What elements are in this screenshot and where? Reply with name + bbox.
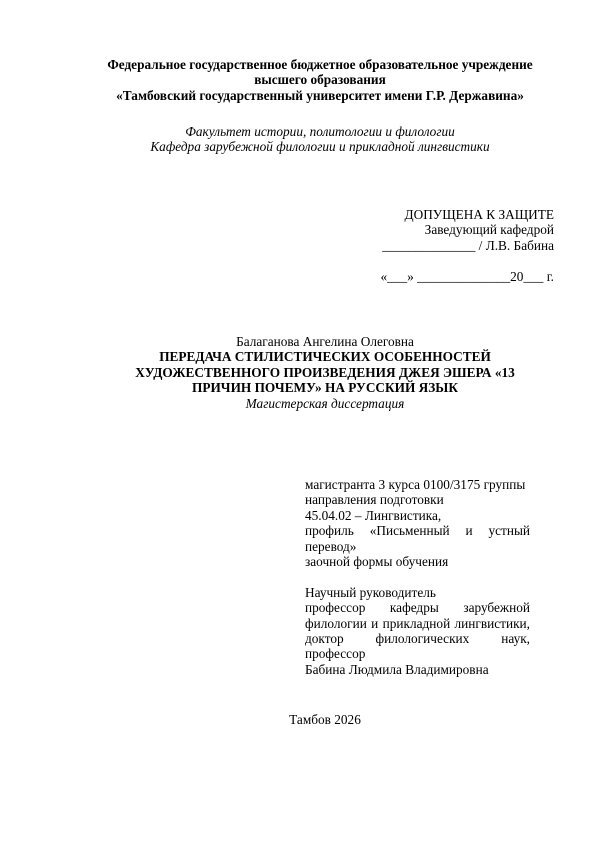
- student-info-block: магистранта 3 курса 0100/3175 группы нап…: [305, 477, 530, 677]
- approval-block: ДОПУЩЕНА К ЗАЩИТЕ Заведующий кафедрой __…: [300, 207, 554, 285]
- approval-status: ДОПУЩЕНА К ЗАЩИТЕ: [300, 207, 554, 222]
- student-info-line-6: заочной формы обучения: [305, 554, 530, 569]
- student-info-line-2: направления подготовки: [305, 492, 530, 507]
- supervisor-line-1: профессор кафедры зарубежной: [305, 600, 530, 615]
- approval-signature-line: ______________ / Л.В. Бабина: [300, 238, 554, 253]
- supervisor-line-4: профессор: [305, 646, 530, 661]
- institution-header: Федеральное государственное бюджетное об…: [60, 57, 580, 103]
- author-name: Балаганова Ангелина Олеговна: [60, 334, 590, 349]
- thesis-title-block: Балаганова Ангелина Олеговна ПЕРЕДАЧА СТ…: [60, 334, 590, 411]
- supervisor-line-3: доктор филологических наук,: [305, 631, 530, 646]
- student-info-line-5: перевод»: [305, 539, 530, 554]
- city-year-text: Тамбов 2026: [60, 712, 590, 727]
- student-info-line-3: 45.04.02 – Лингвистика,: [305, 508, 530, 523]
- institution-line-1: Федеральное государственное бюджетное об…: [60, 57, 580, 72]
- thesis-title-line-2: ХУДОЖЕСТВЕННОГО ПРОИЗВЕДЕНИЯ ДЖЕЯ ЭШЕРА …: [60, 365, 590, 380]
- faculty-header: Факультет истории, политологии и филолог…: [60, 124, 580, 155]
- supervisor-line-2: филологии и прикладной лингвистики,: [305, 616, 530, 631]
- institution-line-2: высшего образования: [60, 72, 580, 87]
- thesis-title-line-1: ПЕРЕДАЧА СТИЛИСТИЧЕСКИХ ОСОБЕННОСТЕЙ: [60, 349, 590, 364]
- supervisor-name: Бабина Людмила Владимировна: [305, 662, 530, 677]
- student-info-line-4: профиль «Письменный и устный: [305, 523, 530, 538]
- institution-line-3: «Тамбовский государственный университет …: [60, 88, 580, 103]
- student-info-line-1: магистранта 3 курса 0100/3175 группы: [305, 477, 530, 492]
- thesis-title: ПЕРЕДАЧА СТИЛИСТИЧЕСКИХ ОСОБЕННОСТЕЙ ХУД…: [60, 349, 590, 395]
- approval-date-line: «___» ______________20___ г.: [300, 269, 554, 284]
- department-name: Кафедра зарубежной филологии и прикладно…: [60, 139, 580, 154]
- city-year: Тамбов 2026: [60, 712, 590, 727]
- faculty-name: Факультет истории, политологии и филолог…: [60, 124, 580, 139]
- work-type: Магистерская диссертация: [60, 396, 590, 411]
- approval-role: Заведующий кафедрой: [300, 222, 554, 237]
- supervisor-label: Научный руководитель: [305, 585, 530, 600]
- thesis-title-line-3: ПРИЧИН ПОЧЕМУ» НА РУССКИЙ ЯЗЫК: [60, 380, 590, 395]
